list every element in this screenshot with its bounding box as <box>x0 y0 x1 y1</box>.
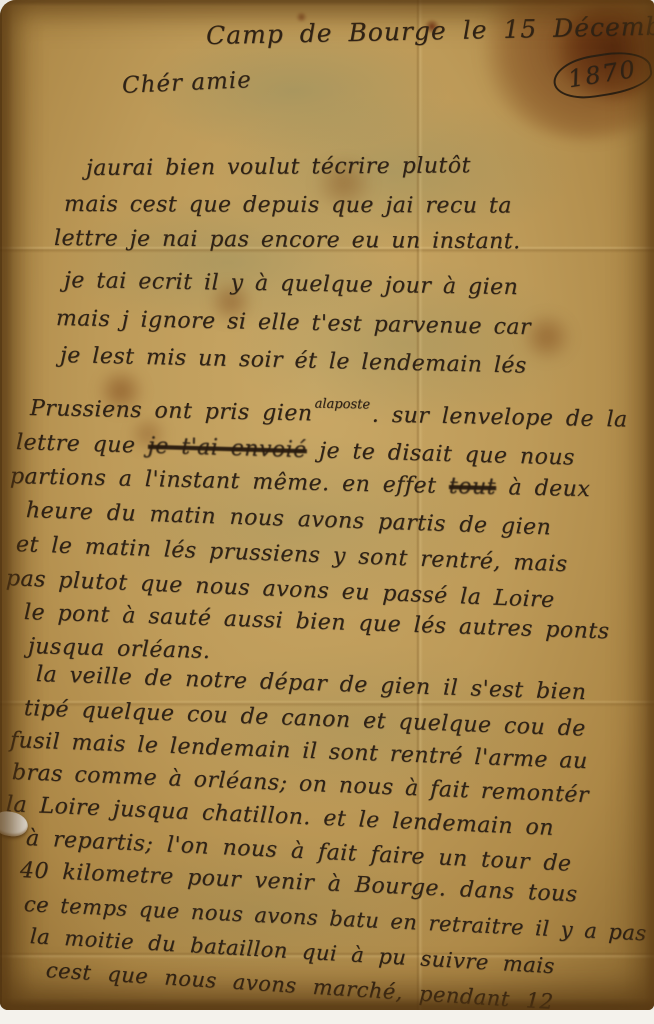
letter-paper: Camp de Bourge le 15 Décembre 1870 Chér … <box>0 0 654 1010</box>
scan-background-strip <box>0 1010 654 1024</box>
worn-edge-vignette <box>0 0 654 1010</box>
scanned-letter-page: { "document": { "kind": "handwritten let… <box>0 0 654 1024</box>
